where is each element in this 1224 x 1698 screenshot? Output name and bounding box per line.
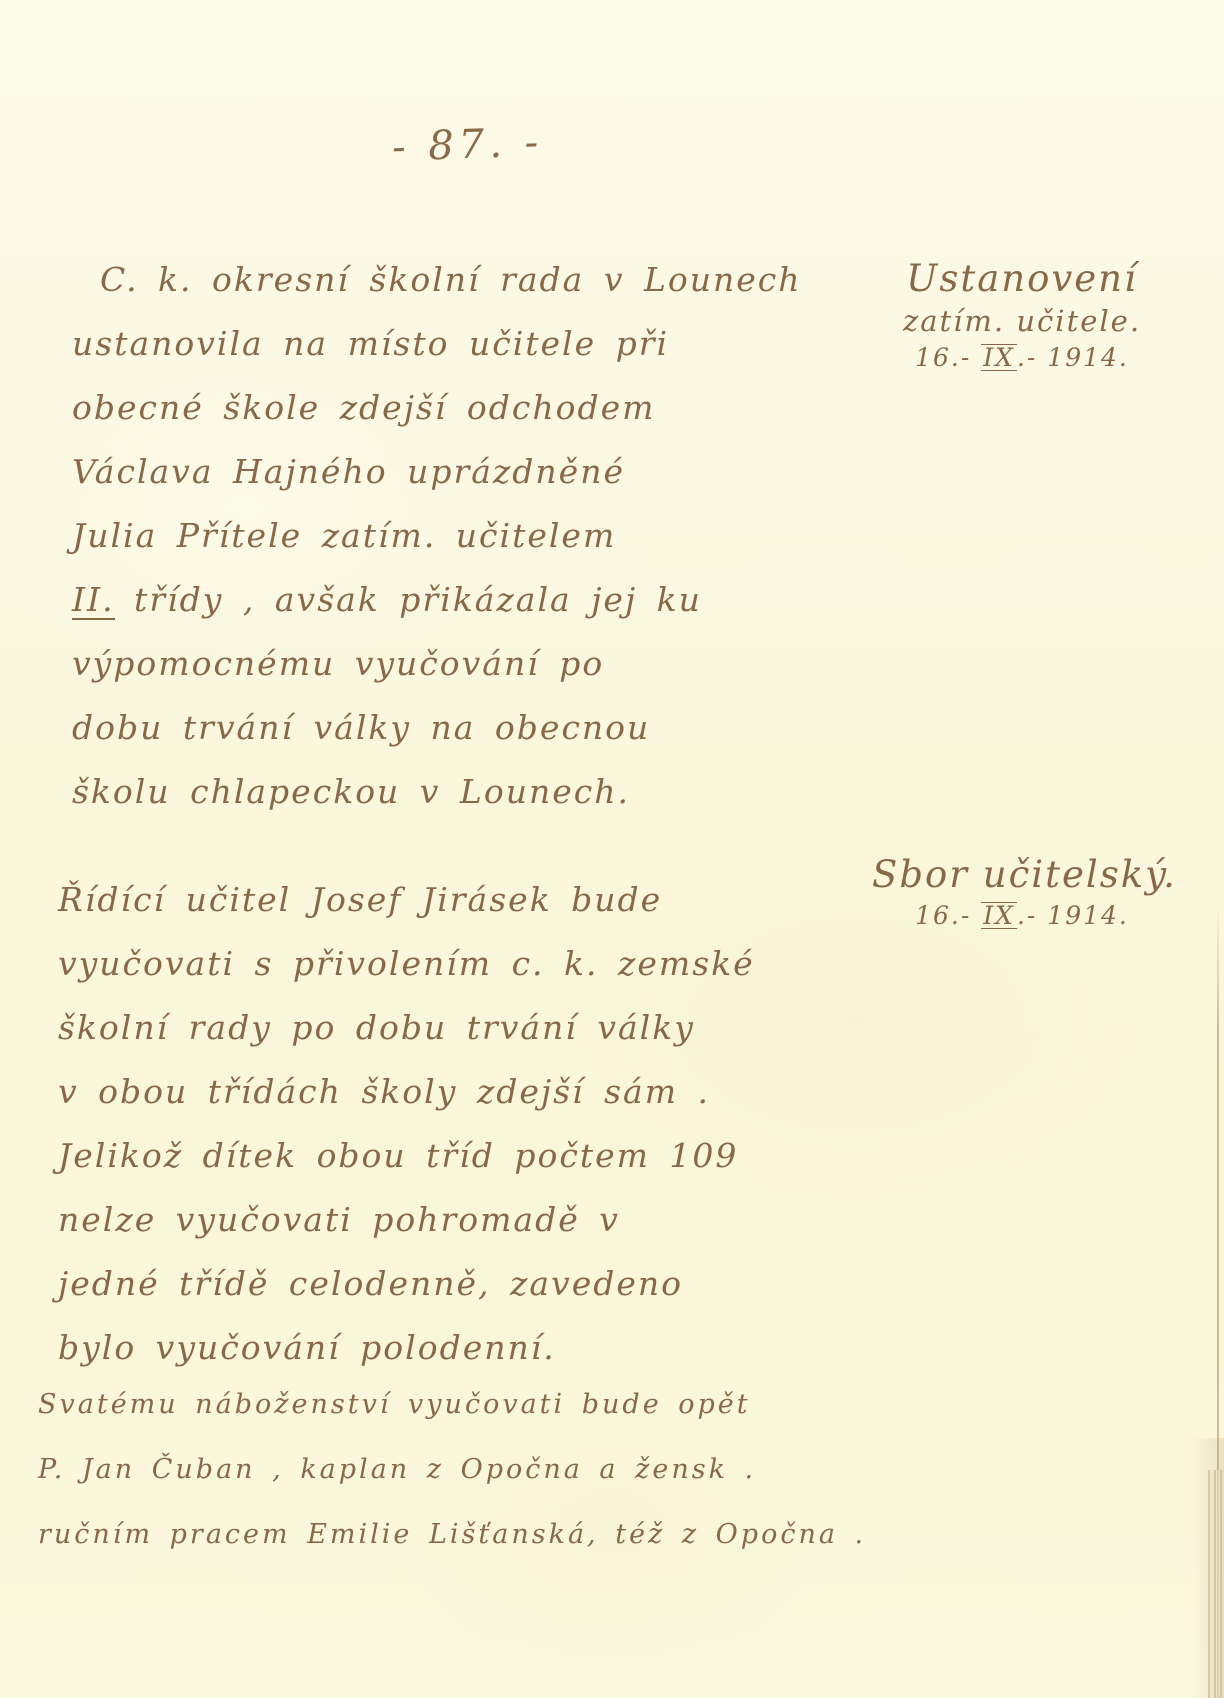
margin-note-title: Sbor učitelský.: [872, 852, 1172, 898]
entry-1-line-rest: třídy , avšak přikázala jej ku: [115, 580, 702, 619]
entry-3-line: Svatému náboženství vyučovati bude opět: [38, 1372, 866, 1437]
class-numeral: II.: [72, 583, 115, 620]
entry-1-line: ustanovila na místo učitele při: [72, 312, 802, 376]
entry-3-line: ručním pracem Emilie Lišťanská, též z Op…: [38, 1502, 866, 1567]
entry-1-line: výpomocnému vyučování po: [72, 632, 802, 696]
entry-3-line: P. Jan Čuban , kaplan z Opočna a žensk .: [38, 1437, 866, 1502]
entry-1-line: školu chlapeckou v Lounech.: [72, 760, 802, 824]
entry-1-line: C. k. okresní školní rada v Lounech: [72, 248, 802, 312]
entry-1-body: C. k. okresní školní rada v Lounech usta…: [72, 248, 802, 824]
date-month-roman: IX: [981, 902, 1017, 929]
date-day: 16.-: [915, 901, 971, 930]
margin-note-date: 16.- IX.- 1914.: [872, 898, 1172, 934]
entry-1-line: dobu trvání války na obecnou: [72, 696, 802, 760]
entry-1-line: II. třídy , avšak přikázala jej ku: [72, 568, 802, 632]
entry-2-line: Řídící učitel Josef Jirásek bude: [58, 868, 755, 932]
entry-1-margin-note: Ustanovení zatím. učitele. 16.- IX.- 191…: [872, 256, 1172, 376]
entry-2-line: vyučovati s přivolením c. k. zemské: [58, 932, 755, 996]
page-number: - 87. -: [391, 119, 544, 170]
entry-1-line: obecné škole zdejší odchodem: [72, 376, 802, 440]
entry-2-line: nelze vyučovati pohromadě v: [58, 1188, 755, 1252]
entry-2-margin-note: Sbor učitelský. 16.- IX.- 1914.: [872, 852, 1172, 934]
entry-2-line: jedné třídě celodenně, zavedeno: [58, 1252, 755, 1316]
date-day: 16.-: [915, 343, 971, 372]
date-year: .- 1914.: [1017, 343, 1129, 372]
date-year: .- 1914.: [1017, 901, 1129, 930]
margin-note-date: 16.- IX.- 1914.: [872, 340, 1172, 376]
entry-2-line: Jelikož dítek obou tříd počtem 109: [58, 1124, 755, 1188]
entry-1-line: Václava Hajného uprázdněné: [72, 440, 802, 504]
date-month-roman: IX: [981, 344, 1017, 371]
entry-2-line: v obou třídách školy zdejší sám .: [58, 1060, 755, 1124]
margin-note-title: Ustanovení: [872, 256, 1172, 302]
entry-2-body: Řídící učitel Josef Jirásek bude vyučova…: [58, 868, 755, 1380]
margin-note-subtitle: zatím. učitele.: [872, 302, 1172, 340]
entry-2-line: bylo vyučování polodenní.: [58, 1316, 755, 1380]
manuscript-page: - 87. - C. k. okresní školní rada v Loun…: [0, 0, 1224, 1698]
entry-2-line: školní rady po dobu trvání války: [58, 996, 755, 1060]
page-edge-shade: [1184, 1438, 1224, 1698]
entry-1-line: Julia Přítele zatím. učitelem: [72, 504, 802, 568]
entry-3-body: Svatému náboženství vyučovati bude opět …: [38, 1372, 866, 1567]
